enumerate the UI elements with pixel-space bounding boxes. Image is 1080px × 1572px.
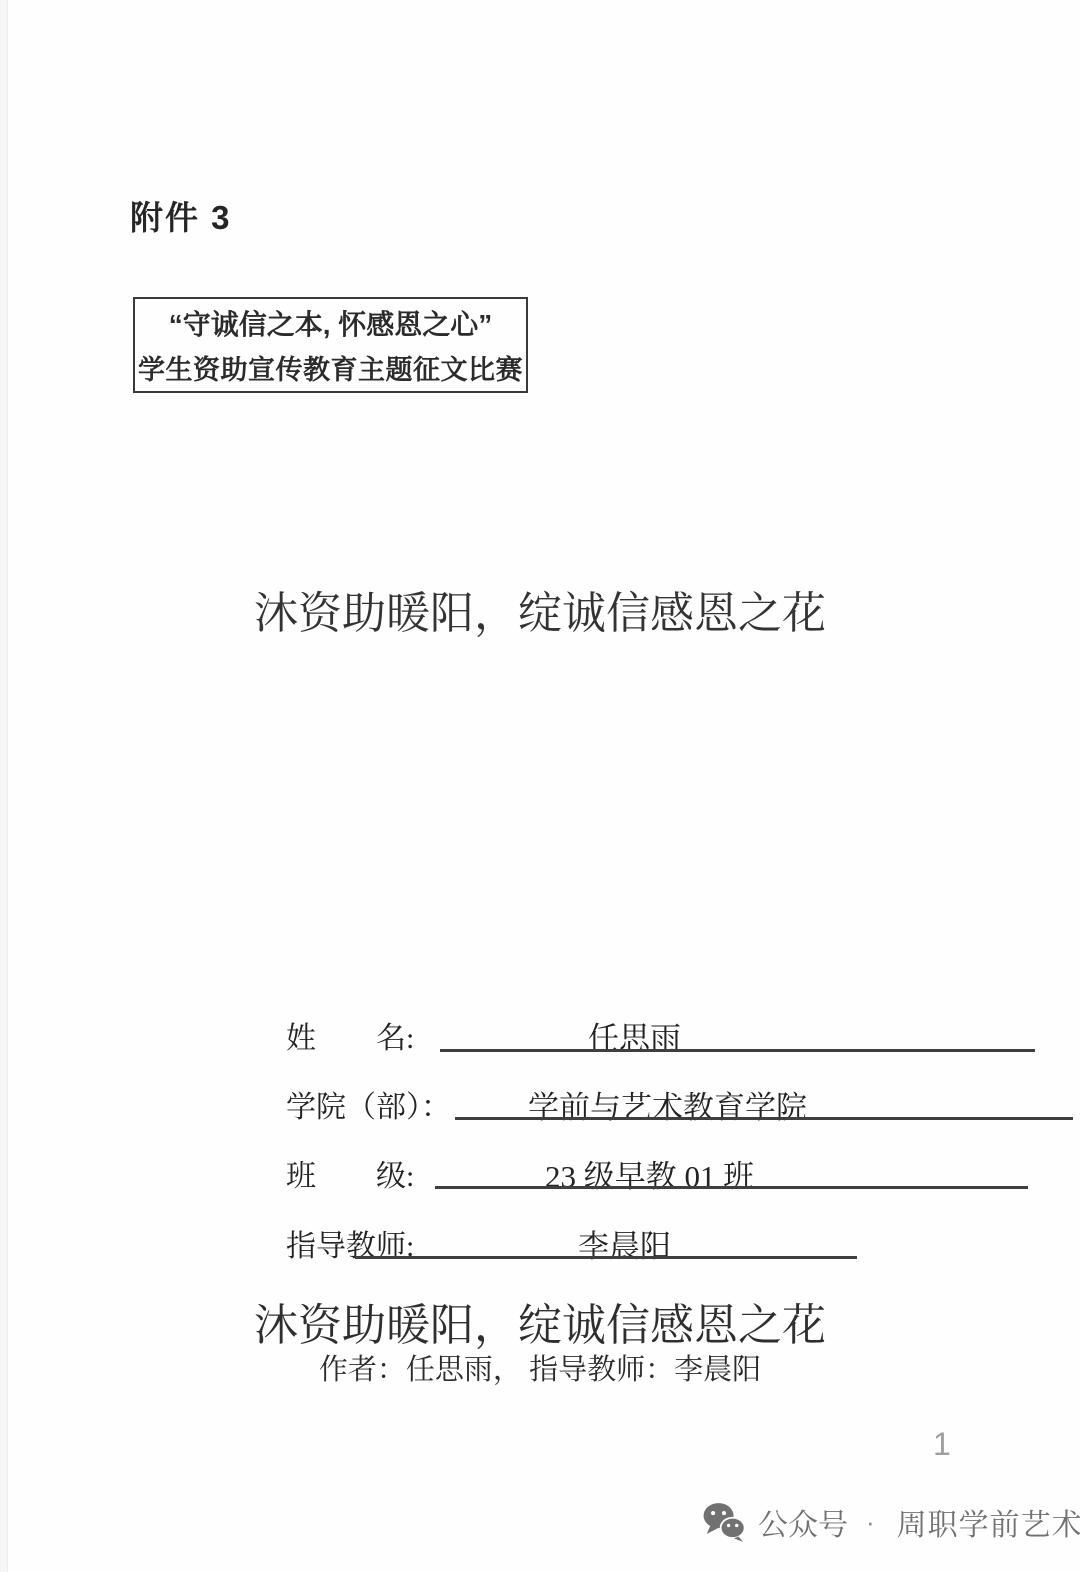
form-label-name: 姓 名: (286, 1013, 414, 1057)
document-page: 附件 3 “守诚信之本, 怀感恩之心” 学生资助宣传教育主题征文比赛 沐资助暖阳… (0, 0, 1080, 1572)
form-label-class: 班 级: (286, 1151, 414, 1195)
form-underline-advisor (355, 1256, 857, 1259)
form-label-college: 学院（部）： (286, 1082, 451, 1126)
essay-byline: 作者：任思雨， 指导教师：李晨阳 (0, 1347, 1080, 1388)
form-underline-college (455, 1117, 1073, 1120)
page-number: 1 (933, 1426, 951, 1463)
footer-platform-label: 公众号 (758, 1500, 848, 1544)
wechat-icon (702, 1502, 746, 1542)
footer-account-name: 周职学前艺术 (897, 1500, 1080, 1544)
attachment-label: 附件 3 (130, 192, 232, 239)
competition-name: 学生资助宣传教育主题征文比赛 (138, 348, 523, 387)
competition-slogan: “守诚信之本, 怀感恩之心” (169, 303, 493, 343)
form-value-advisor: 李晨阳 (578, 1221, 671, 1266)
form-underline-name (440, 1049, 1035, 1052)
form-value-class: 23 级早教 01 班 (545, 1151, 754, 1196)
form-value-college: 学前与艺术教育学院 (528, 1082, 807, 1127)
competition-title-box: “守诚信之本, 怀感恩之心” 学生资助宣传教育主题征文比赛 (133, 297, 528, 393)
wechat-footer: 公众号 · 周职学前艺术 (702, 1500, 1080, 1544)
footer-separator: · (866, 1507, 875, 1538)
cover-title: 沐资助暖阳，绽诚信感恩之花 (0, 577, 1080, 641)
form-underline-class (435, 1186, 1028, 1189)
essay-title: 沐资助暖阳，绽诚信感恩之花 (0, 1289, 1080, 1353)
